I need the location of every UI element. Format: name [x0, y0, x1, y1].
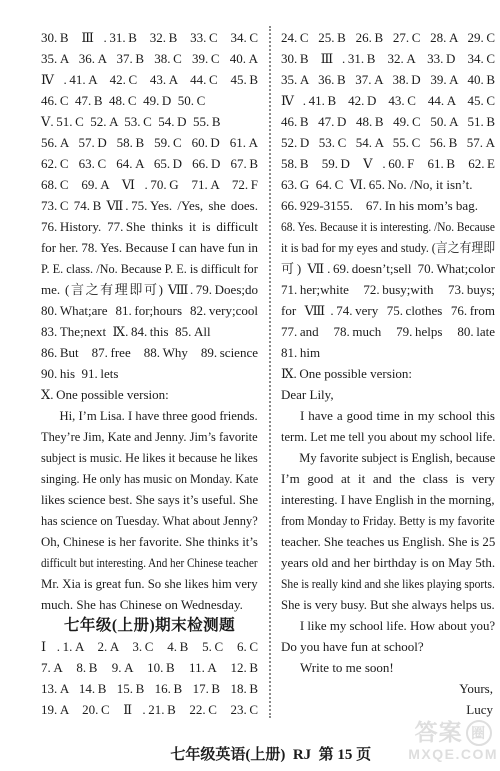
answer-line: 7. A 8. B 9. A 10. B 11. A 12. B	[41, 657, 258, 678]
left-column: 30. B Ⅲ. 31. B 32. B 33. C 34. C 35. A 3…	[41, 27, 258, 720]
essay-line: has science on Tuesday. What about Jenny…	[41, 510, 248, 531]
answer-line: Ⅴ. 51. C 52. A 53. C 54. D 55. B	[41, 111, 258, 132]
answer-line: Ⅰ. 1. A 2. A 3. C 4. B 5. C 6. C	[41, 636, 258, 657]
answer-line: for her. 78. Yes. Because I can have fun…	[41, 237, 256, 258]
answer-line: 可) Ⅶ. 69. doesn’t;sell 70. What;color	[281, 258, 495, 279]
answer-line: 66. 929-3155. 67. In his mom’s bag.	[281, 195, 495, 216]
essay-line: singing. He only has music on Monday. Ka…	[41, 468, 242, 489]
answer-line: 35. A 36. B 37. A 38. D 39. A 40. B	[281, 69, 495, 90]
answer-line: 58. B 59. D Ⅴ. 60. F 61. B 62. E	[281, 153, 495, 174]
essay-line: Oh, Chinese is her favorite. She thinks …	[41, 531, 255, 552]
section-heading: 七年级(上册)期末检测题	[41, 615, 258, 636]
essay-line: I’m good at it and the class is very	[281, 468, 495, 489]
answer-line: 76. History. 77. She thinks it is diffic…	[41, 216, 258, 237]
answer-line: 81. him	[281, 342, 495, 363]
answer-line: me. (言之有理即可) Ⅷ. 79. Does;do	[41, 279, 258, 300]
answer-line: 52. D 53. C 54. A 55. C 56. B 57. A	[281, 132, 495, 153]
answer-line: 46. B 47. D 48. B 49. C 50. A 51. B	[281, 111, 495, 132]
answer-line: 77. and 78. much 79. helps 80. late	[281, 321, 495, 342]
answer-line: 63. G 64. C Ⅵ. 65. No. /No, it isn’t.	[281, 174, 495, 195]
answer-line: Ⅳ. 41. B 42. D 43. C 44. A 45. C	[281, 90, 495, 111]
essay-line: My favorite subject is English, because	[281, 447, 486, 468]
answer-line: 90. his 91. lets	[41, 363, 258, 384]
right-column: 24. C 25. B 26. B 27. C 28. A 29. C 30. …	[281, 27, 495, 720]
answer-line: 73. C 74. B Ⅶ. 75. Yes. /Yes, she does.	[41, 195, 258, 216]
answer-key-page: { "left": { "lines": [ "30.\u2009B Ⅲ.\u2…	[0, 0, 500, 771]
answer-line: P. E. class. /No. Because P. E. is diffi…	[41, 258, 246, 279]
signature-line: Yours,	[281, 678, 495, 699]
answer-line: 86. But 87. free 88. Why 89. science	[41, 342, 258, 363]
essay-line: Hi, I’m Lisa. I have three good friends.	[41, 405, 252, 426]
watermark: 答案圈 MXQE.COM	[408, 719, 498, 762]
answer-line: 68. Yes. Because it is interesting. /No.…	[281, 216, 469, 237]
answer-line: 62. C 63. C 64. A 65. D 66. D 67. B	[41, 153, 258, 174]
answer-line: 83. The;next Ⅸ. 84. this 85. All	[41, 321, 258, 342]
essay-line: Mr. Xia is great fun. So she likes him v…	[41, 573, 254, 594]
essay-label-line: Ⅸ. One possible version:	[281, 363, 495, 384]
essay-line: interesting. I have English in the morni…	[281, 489, 489, 510]
answer-line: 56. A 57. D 58. B 59. C 60. D 61. A	[41, 132, 258, 153]
answer-line: 80. What;are 81. for;hours 82. very;cool	[41, 300, 258, 321]
answer-line: it is bad for my eyes and study. (言之有理即	[281, 237, 477, 258]
essay-line: She is really kind and she likes playing…	[281, 573, 471, 594]
signature-line: Lucy	[281, 699, 495, 720]
answer-line: 13. A 14. B 15. B 16. B 17. B 18. B	[41, 678, 258, 699]
watermark-site: MXQE.COM	[408, 747, 498, 762]
essay-line: teacher. She teaches us English. She is …	[281, 531, 493, 552]
essay-line: likes science best. She says it’s useful…	[41, 489, 253, 510]
answer-line: 35. A 36. A 37. B 38. C 39. C 40. A	[41, 48, 258, 69]
salutation-line: Dear Lily,	[281, 384, 495, 405]
essay-line: subject is music. He likes it because he…	[41, 447, 245, 468]
essay-line: much. She has Chinese on Wednesday.	[41, 594, 258, 615]
answer-line: 46. C 47. B 48. C 49. D 50. C	[41, 90, 258, 111]
closing-line: Write to me soon!	[281, 657, 495, 678]
column-divider	[269, 26, 271, 718]
essay-line: I like my school life. How about you?	[281, 615, 493, 636]
essay-line: term. Let me tell you about my school li…	[281, 426, 487, 447]
answer-line: 19. A 20. C Ⅱ. 21. B 22. C 23. C	[41, 699, 258, 720]
essay-line: from Monday to Friday. Betty is my favor…	[281, 510, 478, 531]
answer-line: Ⅳ. 41. A 42. C 43. A 44. C 45. B	[41, 69, 258, 90]
answer-line: 24. C 25. B 26. B 27. C 28. A 29. C	[281, 27, 495, 48]
watermark-brand-text: 答案	[415, 719, 463, 745]
essay-line: years old and her birthday is on May 5th…	[281, 552, 495, 573]
answer-line: 30. B Ⅲ. 31. B 32. A 33. D 34. C	[281, 48, 495, 69]
essay-line: Do you have fun at school?	[281, 636, 495, 657]
essay-label-line: Ⅹ. One possible version:	[41, 384, 258, 405]
essay-line: She is very busy. But she always helps u…	[281, 594, 490, 615]
answer-line: 68. C 69. A Ⅵ. 70. G 71. A 72. F	[41, 174, 258, 195]
essay-line: difficult but interesting. And her Chine…	[41, 552, 226, 573]
page-footer-text: 七年级英语(上册) RJ 第 15 页	[170, 743, 371, 764]
essay-line: They’re Jim, Kate and Jenny. Jim’s favor…	[41, 426, 248, 447]
answer-line: 30. B Ⅲ. 31. B 32. B 33. C 34. C	[41, 27, 258, 48]
watermark-circle-badge: 圈	[466, 720, 492, 746]
watermark-logo: 答案圈	[408, 719, 498, 745]
answer-line: 71. her;white 72. busy;with 73. buys;	[281, 279, 495, 300]
essay-line: I have a good time in my school this	[281, 405, 495, 426]
answer-line: for Ⅷ. 74. very 75. clothes 76. from	[281, 300, 495, 321]
